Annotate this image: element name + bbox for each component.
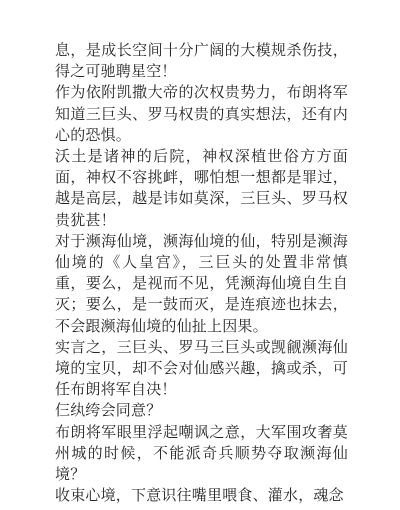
paragraph: 布朗将军眼里浮起嘲讽之意，大军围攻奢莫州城的时候，不能派奇兵顺势夺取濒海仙境？ [55,423,348,487]
paragraph: 沃土是诸神的后院，神权深植世俗方方面面，神权不容挑衅，哪怕想一想都是罪过，越是高… [55,147,348,232]
reader-page: 息，是成长空间十分广阔的大模规杀伤技，得之可驰聘星空！作为依附凯撒大帝的次权贵势… [0,0,400,510]
paragraph: 实言之，三巨头、罗马三巨头或觊觎濒海仙境的宝贝，却不会对仙感兴趣，擒或杀，可任布… [55,338,348,402]
page-text-block: 息，是成长空间十分广阔的大模规杀伤技，得之可驰聘星空！作为依附凯撒大帝的次权贵势… [55,41,348,507]
paragraph: 对于濒海仙境，濒海仙境的仙，特别是濒海仙境的《人皇宫》，三巨头的处置非常慎重，要… [55,232,348,338]
paragraph: 收束心境，下意识往嘴里喂食、灌水，魂念 [55,486,348,507]
paragraph: 作为依附凯撒大帝的次权贵势力，布朗将军知道三巨头、罗马权贵的真实想法，还有内心的… [55,83,348,147]
paragraph: 息，是成长空间十分广阔的大模规杀伤技，得之可驰聘星空！ [55,41,348,83]
paragraph: 仨纨绔会同意？ [55,401,348,422]
